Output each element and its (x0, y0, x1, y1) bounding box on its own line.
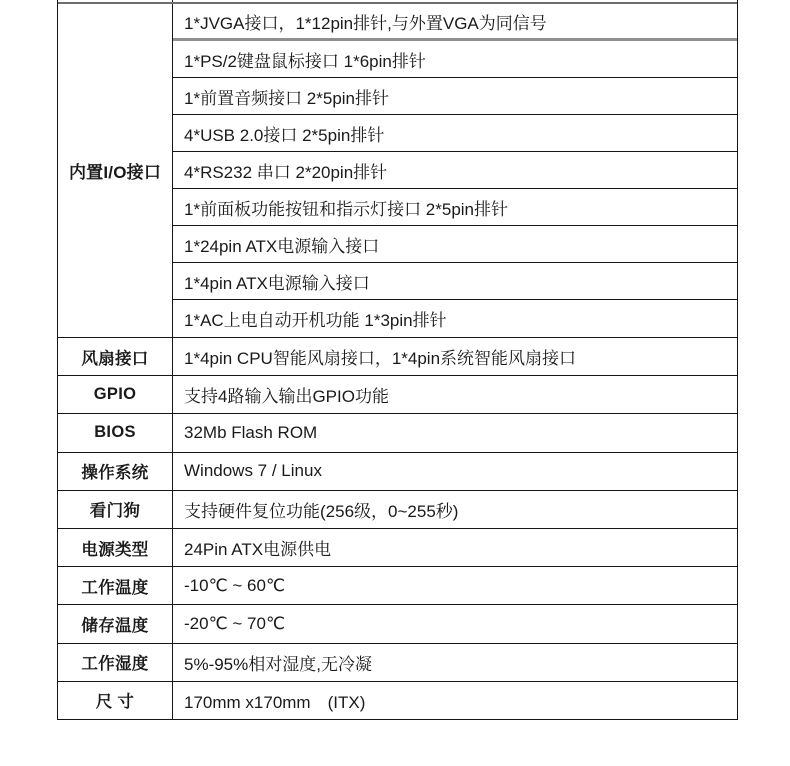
row-value: -20℃ ~ 70℃ (173, 605, 737, 642)
row-label: 操作系统 (58, 453, 173, 490)
row-value: 5%-95%相对湿度,无冷凝 (173, 644, 737, 681)
row-value: 1*4pin CPU智能风扇接口，1*4pin系统智能风扇接口 (173, 338, 737, 375)
io-sub-row: 1*4pin ATX电源输入接口 (173, 263, 737, 300)
io-sub-row: 1*PS/2键盘鼠标接口 1*6pin排针 (173, 41, 737, 78)
row-value: 170mm x170mm (ITX) (173, 682, 737, 719)
table-row: 看门狗 支持硬件复位功能(256级，0~255秒) (58, 491, 737, 529)
io-section-rows: 1*JVGA接口，1*12pin排针,与外置VGA为同信号 1*PS/2键盘鼠标… (173, 4, 737, 337)
row-label: 工作温度 (58, 567, 173, 604)
io-sub-row: 4*RS232 串口 2*20pin排针 (173, 152, 737, 189)
row-label: 风扇接口 (58, 338, 173, 375)
table-row: 储存温度 -20℃ ~ 70℃ (58, 605, 737, 643)
io-section-label: 内置I/O接口 (58, 4, 173, 337)
table-row: 工作温度 -10℃ ~ 60℃ (58, 567, 737, 605)
table-row: 风扇接口 1*4pin CPU智能风扇接口，1*4pin系统智能风扇接口 (58, 338, 737, 376)
row-value: -10℃ ~ 60℃ (173, 567, 737, 604)
io-sub-row: 1*AC上电自动开机功能 1*3pin排针 (173, 300, 737, 337)
row-value: 支持硬件复位功能(256级，0~255秒) (173, 491, 737, 528)
row-label: BIOS (58, 414, 173, 451)
column-divider-stub (172, 0, 174, 2)
row-value: 支持4路输入输出GPIO功能 (173, 376, 737, 413)
row-value: 24Pin ATX电源供电 (173, 529, 737, 566)
row-label: 工作湿度 (58, 644, 173, 681)
row-label: 储存温度 (58, 605, 173, 642)
page-canvas: 内置I/O接口 1*JVGA接口，1*12pin排针,与外置VGA为同信号 1*… (0, 0, 790, 766)
table-row: BIOS 32Mb Flash ROM (58, 414, 737, 452)
io-sub-row: 1*JVGA接口，1*12pin排针,与外置VGA为同信号 (173, 4, 737, 41)
io-sub-row: 1*24pin ATX电源输入接口 (173, 226, 737, 263)
table-row: 操作系统 Windows 7 / Linux (58, 453, 737, 491)
row-label: 尺 寸 (58, 682, 173, 719)
io-sub-row: 4*USB 2.0接口 2*5pin排针 (173, 115, 737, 152)
spec-table: 内置I/O接口 1*JVGA接口，1*12pin排针,与外置VGA为同信号 1*… (57, 0, 738, 720)
row-label: GPIO (58, 376, 173, 413)
table-row: 工作湿度 5%-95%相对湿度,无冷凝 (58, 644, 737, 682)
row-value: 32Mb Flash ROM (173, 414, 737, 451)
row-label: 电源类型 (58, 529, 173, 566)
io-sub-row: 1*前面板功能按钮和指示灯接口 2*5pin排针 (173, 189, 737, 226)
row-value: Windows 7 / Linux (173, 453, 737, 490)
table-row: 尺 寸 170mm x170mm (ITX) (58, 682, 737, 720)
row-label: 看门狗 (58, 491, 173, 528)
table-row: GPIO 支持4路输入输出GPIO功能 (58, 376, 737, 414)
io-section: 内置I/O接口 1*JVGA接口，1*12pin排针,与外置VGA为同信号 1*… (58, 4, 737, 338)
io-sub-row: 1*前置音频接口 2*5pin排针 (173, 78, 737, 115)
table-row: 电源类型 24Pin ATX电源供电 (58, 529, 737, 567)
cropped-row-sliver (58, 0, 737, 4)
